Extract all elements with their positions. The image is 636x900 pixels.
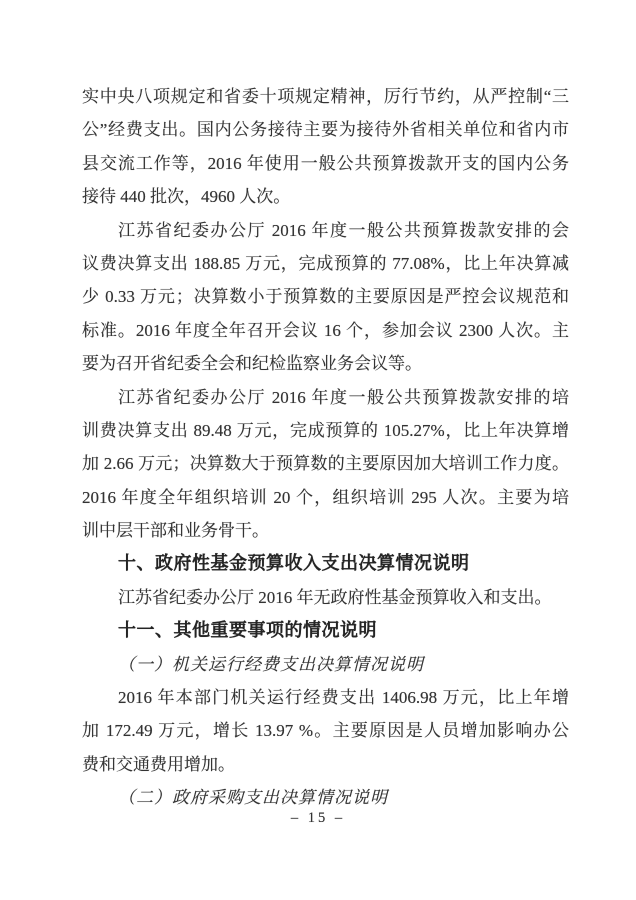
document-body: 实中央八项规定和省委十项规定精神，厉行节约，从严控制“三公”经费支出。国内公务接… (82, 80, 569, 815)
subsection-heading: （一）机关运行经费支出决算情况说明 (82, 648, 569, 681)
text-line: 训中层干部和业务骨干。 (82, 514, 569, 547)
text-line: 2016 年本部门机关运行经费支出 1406.98 万元，比上年增 (82, 681, 569, 714)
text-line: 县交流工作等，2016 年使用一般公共预算拨款开支的国内公务 (82, 147, 569, 180)
text-line: 江苏省纪委办公厅 2016 年度一般公共预算拨款安排的会 (82, 214, 569, 247)
text-line: 要为召开省纪委全会和纪检监察业务会议等。 (82, 347, 569, 380)
text-line: 加 2.66 万元；决算数大于预算数的主要原因加大培训工作力度。 (82, 447, 569, 480)
text-line: 实中央八项规定和省委十项规定精神，厉行节约，从严控制“三 (82, 80, 569, 113)
text-line: 费和交通费用增加。 (82, 748, 569, 781)
text-line: 江苏省纪委办公厅 2016 年无政府性基金预算收入和支出。 (82, 581, 569, 614)
text-line: 江苏省纪委办公厅 2016 年度一般公共预算拨款安排的培 (82, 381, 569, 414)
section-heading: 十一、其他重要事项的情况说明 (82, 614, 569, 647)
text-line: 训费决算支出 89.48 万元，完成预算的 105.27%，比上年决算增 (82, 414, 569, 447)
section-heading: 十、政府性基金预算收入支出决算情况说明 (82, 547, 569, 580)
text-line: 少 0.33 万元；决算数小于预算数的主要原因是严控会议规范和 (82, 280, 569, 313)
document-page: 实中央八项规定和省委十项规定精神，厉行节约，从严控制“三公”经费支出。国内公务接… (0, 0, 636, 900)
text-line: 议费决算支出 188.85 万元，完成预算的 77.08%，比上年决算减 (82, 247, 569, 280)
page-number: – 15 – (0, 810, 636, 827)
text-line: 加 172.49 万元，增长 13.97 %。主要原因是人员增加影响办公 (82, 714, 569, 747)
text-line: 接待 440 批次，4960 人次。 (82, 180, 569, 213)
text-line: 标准。2016 年度全年召开会议 16 个，参加会议 2300 人次。主 (82, 314, 569, 347)
text-line: 公”经费支出。国内公务接待主要为接待外省相关单位和省内市 (82, 113, 569, 146)
text-line: 2016 年度全年组织培训 20 个，组织培训 295 人次。主要为培 (82, 481, 569, 514)
